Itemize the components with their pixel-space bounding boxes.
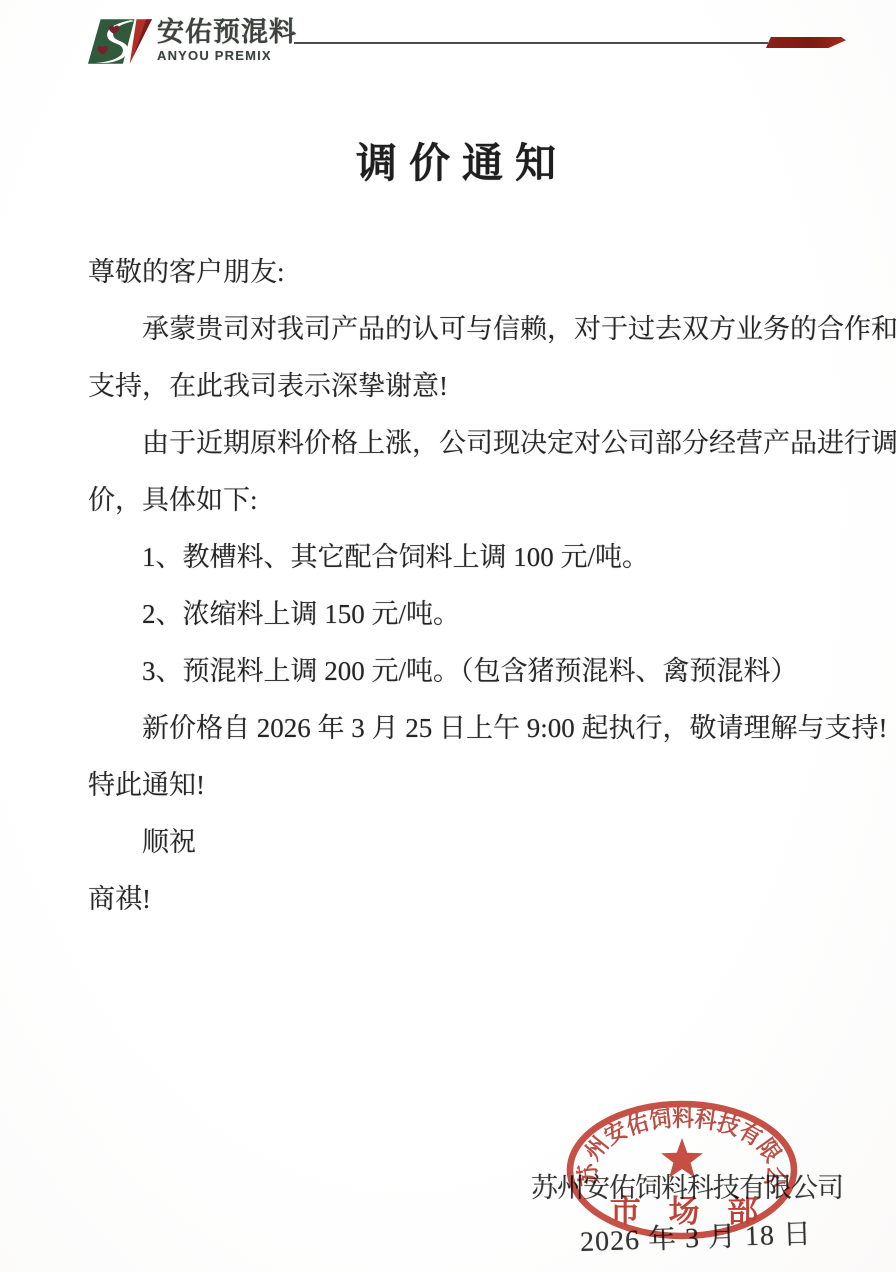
seal-star-icon — [661, 1138, 703, 1178]
body-line: 商祺! — [88, 871, 880, 928]
body-line: 承蒙贵司对我司产品的认可与信赖，对于过去双方业务的合作和 — [88, 301, 880, 358]
header-rule-line — [294, 42, 768, 44]
body-line: 支持，在此我司表示深挚谢意! — [88, 358, 880, 415]
body-line: 特此通知! — [88, 757, 880, 814]
body-line: 3、预混料上调 200 元/吨。（包含猪预混料、禽预混料） — [88, 643, 880, 700]
body-line: 顺祝 — [88, 814, 880, 871]
body-line: 2、浓缩料上调 150 元/吨。 — [88, 586, 880, 643]
body-line: 新价格自 2026 年 3 月 25 日上午 9:00 起执行，敬请理解与支持! — [88, 700, 880, 757]
notice-body: 尊敬的客户朋友:承蒙贵司对我司产品的认可与信赖，对于过去双方业务的合作和支持，在… — [88, 244, 880, 928]
page-title: 调价通知 — [14, 130, 896, 189]
body-line: 尊敬的客户朋友: — [88, 244, 880, 301]
header-red-accent — [766, 37, 846, 48]
logo-name-en: ANYOU PREMIX — [157, 48, 297, 63]
seal-dept-text: 市 场 部 — [610, 1194, 769, 1229]
svg-text:苏州安佑饲料科技有限公司: 苏州安佑饲料科技有限公司 — [540, 1078, 789, 1191]
body-line: 由于近期原料价格上涨，公司现决定对公司部分经营产品进行调 — [88, 415, 880, 472]
logo-text-block: 安佑预混料 ANYOU PREMIX — [157, 19, 297, 63]
company-seal: 苏州安佑饲料科技有限公司 市 场 部 — [540, 1078, 840, 1268]
anyou-logo-icon — [88, 17, 152, 66]
body-line: 价，具体如下: — [88, 472, 880, 529]
logo-name-cn: 安佑预混料 — [157, 19, 297, 46]
body-line: 1、教槽料、其它配合饲料上调 100 元/吨。 — [88, 529, 880, 586]
document-page: 安佑预混料 ANYOU PREMIX 调价通知 尊敬的客户朋友:承蒙贵司对我司产… — [0, 0, 896, 1272]
seal-ring-text: 苏州安佑饲料科技有限公司 — [540, 1078, 789, 1191]
